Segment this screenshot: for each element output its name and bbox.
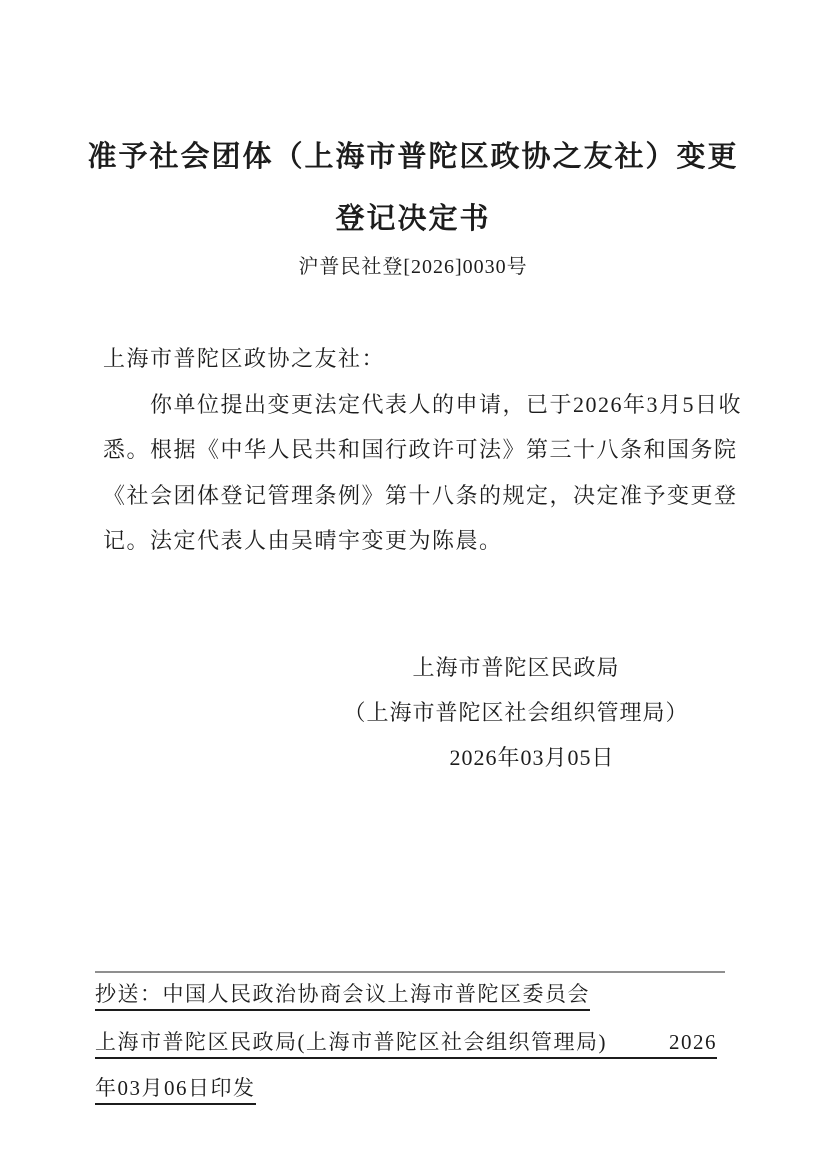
body-line-2: 悉。根据《中华人民共和国行政许可法》第三十八条和国务院	[103, 427, 743, 472]
issue-date-line: 年03月06日印发	[95, 1075, 256, 1105]
title-line-1: 准予社会团体（上海市普陀区政协之友社）变更	[0, 126, 826, 188]
footer-divider	[95, 971, 725, 973]
issue-date-text: 年03月06日印发	[95, 1075, 256, 1105]
issuing-authority-alt: （上海市普陀区社会组织管理局）	[340, 690, 692, 735]
body-paragraph: 你单位提出变更法定代表人的申请，已于2026年3月5日收 悉。根据《中华人民共和…	[103, 382, 743, 563]
document-number: 沪普民社登[2026]0030号	[0, 252, 826, 282]
issue-year: 2026	[669, 1029, 717, 1055]
body-line-4: 记。法定代表人由吴晴宇变更为陈晨。	[103, 518, 743, 563]
signature-block: 上海市普陀区民政局 （上海市普陀区社会组织管理局） 2026年03月05日	[340, 645, 692, 780]
document-page: 准予社会团体（上海市普陀区政协之友社）变更 登记决定书 沪普民社登[2026]0…	[0, 0, 826, 1168]
decision-date: 2026年03月05日	[356, 735, 708, 780]
body-line-3: 《社会团体登记管理条例》第十八条的规定，决定准予变更登	[103, 473, 743, 518]
body-line-1: 你单位提出变更法定代表人的申请，已于2026年3月5日收	[103, 382, 743, 427]
cc-text: 抄送：中国人民政治协商会议上海市普陀区委员会	[95, 981, 590, 1011]
issuer-name: 上海市普陀区民政局(上海市普陀区社会组织管理局)	[95, 1029, 607, 1055]
issuer-line: 上海市普陀区民政局(上海市普陀区社会组织管理局) 2026	[95, 1029, 717, 1059]
cc-line: 抄送：中国人民政治协商会议上海市普陀区委员会	[95, 981, 590, 1011]
salutation: 上海市普陀区政协之友社：	[103, 344, 385, 374]
title-line-2: 登记决定书	[0, 188, 826, 250]
issuing-authority: 上海市普陀区民政局	[340, 645, 692, 690]
document-title: 准予社会团体（上海市普陀区政协之友社）变更 登记决定书	[0, 126, 826, 250]
